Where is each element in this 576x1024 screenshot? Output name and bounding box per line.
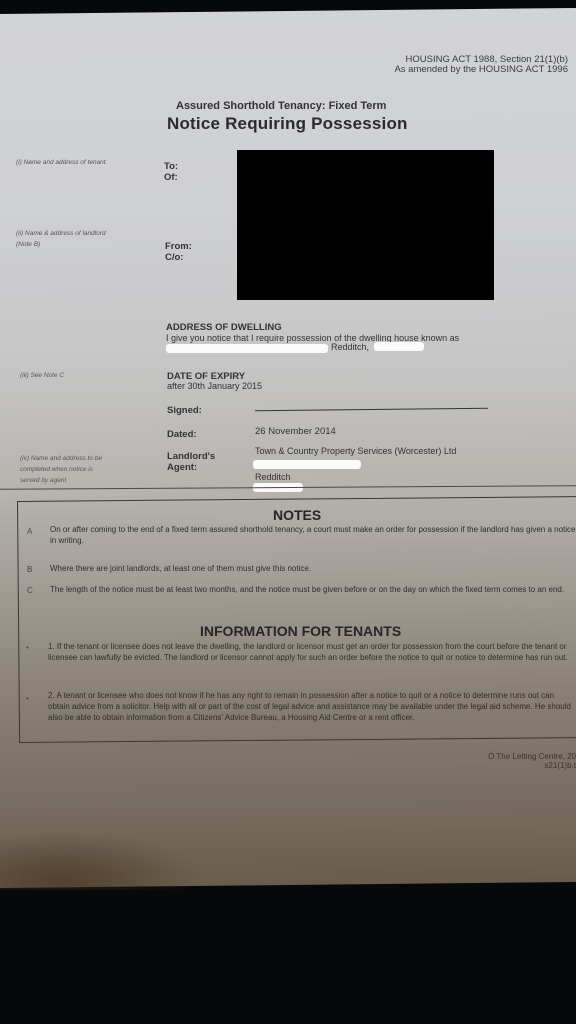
address-town: Redditch, — [331, 342, 369, 352]
agent-label: Landlord's Agent: — [167, 451, 215, 473]
dated-value: 26 November 2014 — [255, 426, 336, 437]
redaction-block — [237, 150, 494, 300]
notes-heading: NOTES — [273, 507, 321, 523]
expiry-value: after 30th January 2015 — [167, 381, 262, 391]
act-line-2: As amended by the HOUSING ACT 1996 — [394, 65, 568, 75]
info-bullet-1: • — [26, 643, 29, 652]
redaction-agent-street — [253, 460, 361, 469]
margin-note-agent: (iv) Name and address to be completed wh… — [20, 453, 102, 486]
redaction-postcode — [374, 342, 424, 351]
note-a: On or after coming to the end of a fixed… — [50, 524, 576, 546]
note-letter-c: C — [27, 586, 33, 595]
note-c: The length of the notice must be at leas… — [50, 584, 576, 595]
margin-note-expiry: (iii) See Note C — [20, 370, 64, 381]
from-label: From: — [165, 241, 192, 252]
act-reference: HOUSING ACT 1988, Section 21(1)(b) As am… — [394, 55, 568, 75]
info-item-2: 2. A tenant or licensee who does not kno… — [48, 690, 576, 723]
to-label: To: — [164, 161, 178, 172]
info-heading: INFORMATION FOR TENANTS — [200, 623, 401, 639]
margin-note-tenant: (i) Name and address of tenant — [16, 157, 106, 168]
note-letter-a: A — [27, 527, 32, 536]
copyright-text: Ó The Letting Centre, 20 — [488, 752, 576, 761]
note-letter-b: B — [27, 565, 32, 574]
form-code: s21(1)b.t — [488, 761, 576, 770]
redaction-address — [166, 344, 328, 353]
signed-label: Signed: — [167, 405, 202, 416]
note-b: Where there are joint landlords, at leas… — [50, 563, 576, 574]
co-label: C/o: — [165, 252, 183, 263]
info-bullet-2: • — [26, 694, 29, 703]
footer: Ó The Letting Centre, 20 s21(1)b.t — [488, 752, 576, 770]
agent-town: Redditch — [255, 472, 291, 482]
address-heading: ADDRESS OF DWELLING — [166, 322, 282, 333]
document-subtitle: Assured Shorthold Tenancy: Fixed Term — [176, 100, 386, 112]
margin-note-landlord: (ii) Name & address of landlord (Note B) — [16, 228, 106, 250]
info-item-1: 1. If the tenant or licensee does not le… — [48, 641, 576, 663]
shadow — [0, 830, 200, 890]
agent-name: Town & Country Property Services (Worces… — [255, 446, 456, 456]
of-label: Of: — [164, 172, 178, 183]
document-title: Notice Requiring Possession — [167, 114, 408, 134]
dated-label: Dated: — [167, 429, 197, 440]
